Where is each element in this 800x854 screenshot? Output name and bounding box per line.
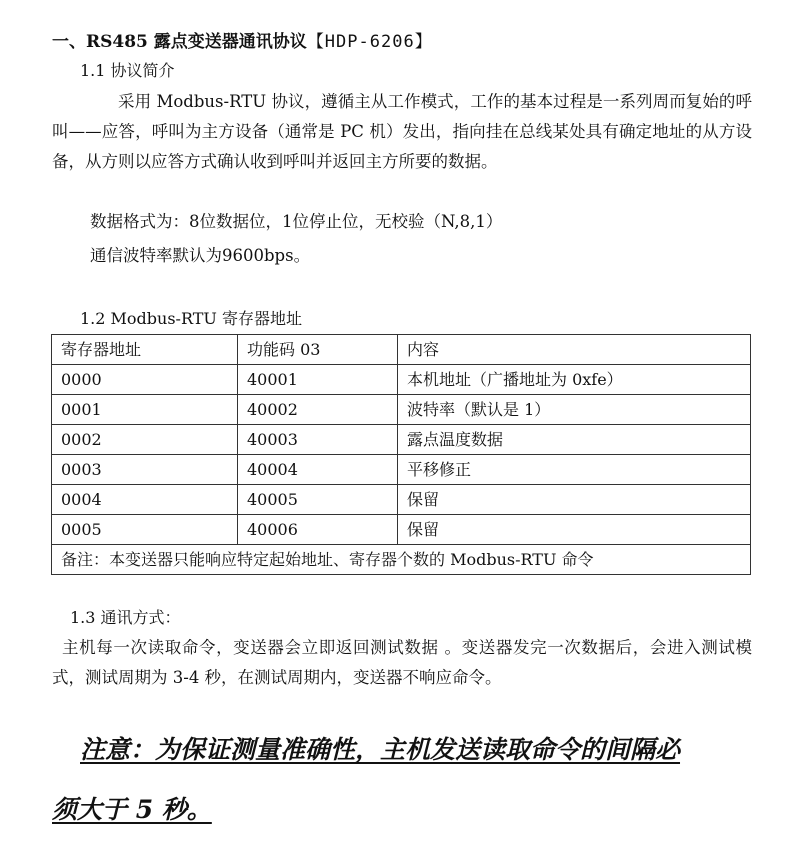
header-content: 内容 (398, 335, 751, 365)
cell-content: 保留 (398, 485, 751, 515)
header-register-address: 寄存器地址 (52, 335, 238, 365)
cell-content: 保留 (398, 515, 751, 545)
data-format-line: 数据格式为：8位数据位，1位停止位，无校验（N,8,1） (90, 207, 502, 237)
notice-line-1: 注意：为保证测量准确性，主机发送读取命令的间隔必 (80, 735, 680, 764)
table-row: 0000 40001 本机地址（广播地址为 0xfe） (52, 365, 751, 395)
table-row: 0004 40005 保留 (52, 485, 751, 515)
cell-code: 40001 (238, 365, 398, 395)
cell-address: 0003 (52, 455, 238, 485)
baud-rate-line: 通信波特率默认为9600bps。 (90, 241, 310, 271)
cell-content: 露点温度数据 (398, 425, 751, 455)
cell-address: 0005 (52, 515, 238, 545)
table-note: 备注：本变送器只能响应特定起始地址、寄存器个数的 Modbus-RTU 命令 (52, 545, 751, 575)
table-row: 0002 40003 露点温度数据 (52, 425, 751, 455)
cell-content: 本机地址（广播地址为 0xfe） (398, 365, 751, 395)
cell-address: 0000 (52, 365, 238, 395)
table-row: 0003 40004 平移修正 (52, 455, 751, 485)
cell-address: 0001 (52, 395, 238, 425)
important-notice: 注意：为保证测量准确性，主机发送读取命令的间隔必 须大于 5 秒。 (52, 720, 752, 840)
notice-line-2: 须大于 5 秒。 (52, 795, 212, 824)
cell-code: 40005 (238, 485, 398, 515)
table-header-row: 寄存器地址 功能码 03 内容 (52, 335, 751, 365)
table-row: 0005 40006 保留 (52, 515, 751, 545)
cell-address: 0004 (52, 485, 238, 515)
cell-code: 40004 (238, 455, 398, 485)
section-1-2-heading: 1.2 Modbus-RTU 寄存器地址 (80, 308, 302, 330)
cell-address: 0002 (52, 425, 238, 455)
header-function-code: 功能码 03 (238, 335, 398, 365)
title-text: 一、RS485 露点变送器通讯协议 (52, 32, 307, 52)
section-1-3-heading: 1.3 通讯方式： (70, 607, 181, 629)
cell-content: 波特率（默认是 1） (398, 395, 751, 425)
register-table: 寄存器地址 功能码 03 内容 0000 40001 本机地址（广播地址为 0x… (51, 334, 751, 575)
model-code: 【HDP-6206】 (307, 32, 433, 52)
cell-code: 40003 (238, 425, 398, 455)
protocol-intro-paragraph: 采用 Modbus-RTU 协议，遵循主从工作模式，工作的基本过程是一系列周而复… (52, 87, 752, 177)
cell-code: 40006 (238, 515, 398, 545)
table-note-row: 备注：本变送器只能响应特定起始地址、寄存器个数的 Modbus-RTU 命令 (52, 545, 751, 575)
cell-content: 平移修正 (398, 455, 751, 485)
communication-paragraph: 主机每一次读取命令，变送器会立即返回测试数据 。变送器发完一次数据后，会进入测试… (52, 633, 752, 693)
document-title: 一、RS485 露点变送器通讯协议【HDP-6206】 (52, 30, 433, 54)
section-1-1-heading: 1.1 协议简介 (80, 60, 175, 82)
cell-code: 40002 (238, 395, 398, 425)
table-row: 0001 40002 波特率（默认是 1） (52, 395, 751, 425)
